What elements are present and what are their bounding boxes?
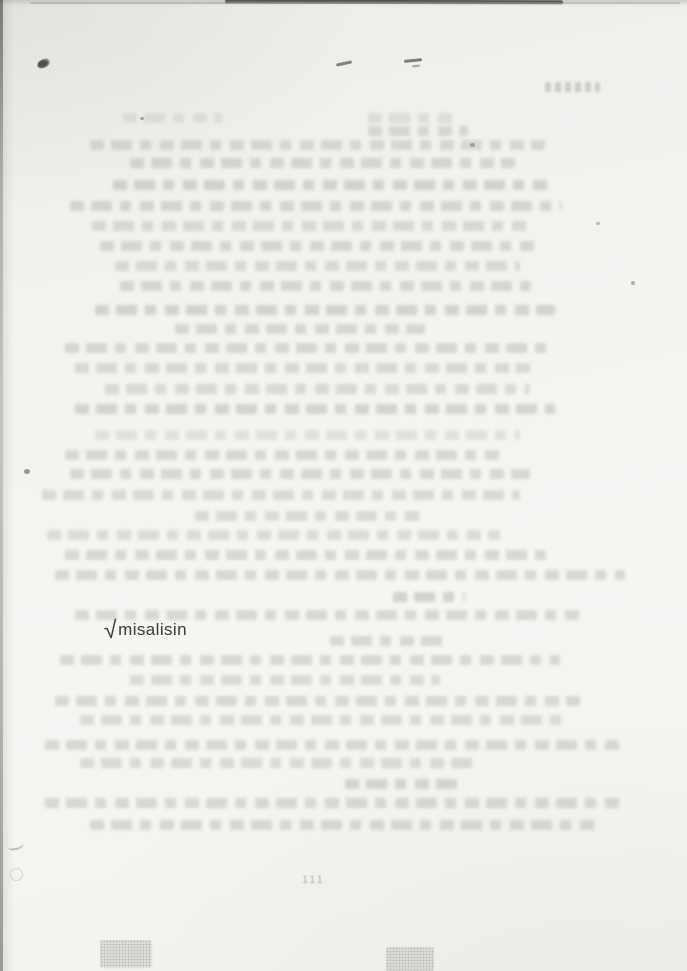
bleed-through-line	[55, 696, 580, 706]
page-left-edge-line	[0, 0, 3, 971]
bleed-through-line	[195, 511, 420, 521]
bleed-through-line	[90, 820, 600, 830]
bleed-through-line	[330, 636, 445, 646]
handwritten-annotation: √misalisin	[104, 617, 187, 645]
bleed-through-line	[95, 430, 520, 440]
bleed-through-line	[175, 324, 425, 334]
bleed-through-line	[42, 490, 520, 500]
bleed-through-line	[105, 384, 530, 394]
ink-mark-speck	[140, 117, 144, 120]
page-number: 111	[302, 874, 325, 886]
bleed-through-line	[70, 469, 530, 479]
annotation-text: misalisin	[118, 620, 187, 639]
bleed-through-line	[115, 261, 520, 271]
ink-mark-speck	[470, 143, 475, 147]
bleed-through-line	[120, 281, 540, 291]
bleed-through-line	[368, 126, 468, 136]
bleed-through-line	[65, 343, 555, 353]
bleed-through-line	[55, 570, 625, 580]
bleed-through-line	[90, 140, 545, 150]
bleed-through-line	[65, 450, 500, 460]
ink-mark-speck	[596, 222, 600, 225]
scan-top-edge-line-light	[30, 2, 680, 4]
bleed-through-line	[45, 798, 625, 808]
bleed-through-line	[368, 113, 456, 123]
bleed-through-line	[95, 305, 555, 315]
ink-mark-dash	[412, 64, 420, 67]
ink-mark-speck	[631, 281, 635, 285]
bleed-through-line	[45, 740, 620, 750]
bleed-through-line	[100, 241, 540, 251]
bleed-through-line	[113, 180, 553, 190]
checkmark-glyph: √	[103, 617, 118, 646]
bleed-through-line	[80, 758, 480, 768]
bleed-through-line	[393, 592, 465, 602]
ink-mark-squiggle	[7, 840, 24, 852]
bleed-through-line	[75, 404, 555, 414]
stamp-smudge	[100, 940, 152, 968]
bleed-through-line	[65, 550, 555, 560]
bleed-through-line	[130, 158, 515, 168]
bleed-through-line	[80, 715, 570, 725]
bleed-through-line	[60, 655, 560, 665]
bleed-through-line	[75, 363, 530, 373]
ink-mark-smudge-soft	[545, 82, 600, 92]
ink-mark-speck	[24, 469, 30, 474]
bleed-through-line	[345, 779, 465, 789]
bleed-through-line	[47, 530, 500, 540]
stamp-smudge	[386, 947, 434, 971]
scanned-document-page: √misalisin 111	[0, 0, 687, 971]
ink-mark-ring	[10, 868, 23, 881]
bleed-through-line	[70, 201, 562, 211]
ink-mark-blot	[36, 57, 51, 70]
bleed-through-line	[123, 113, 223, 123]
bleed-through-line	[130, 675, 440, 685]
ink-mark-dash	[404, 58, 422, 63]
bleed-through-line	[92, 221, 532, 231]
ink-mark-dash	[336, 60, 352, 66]
